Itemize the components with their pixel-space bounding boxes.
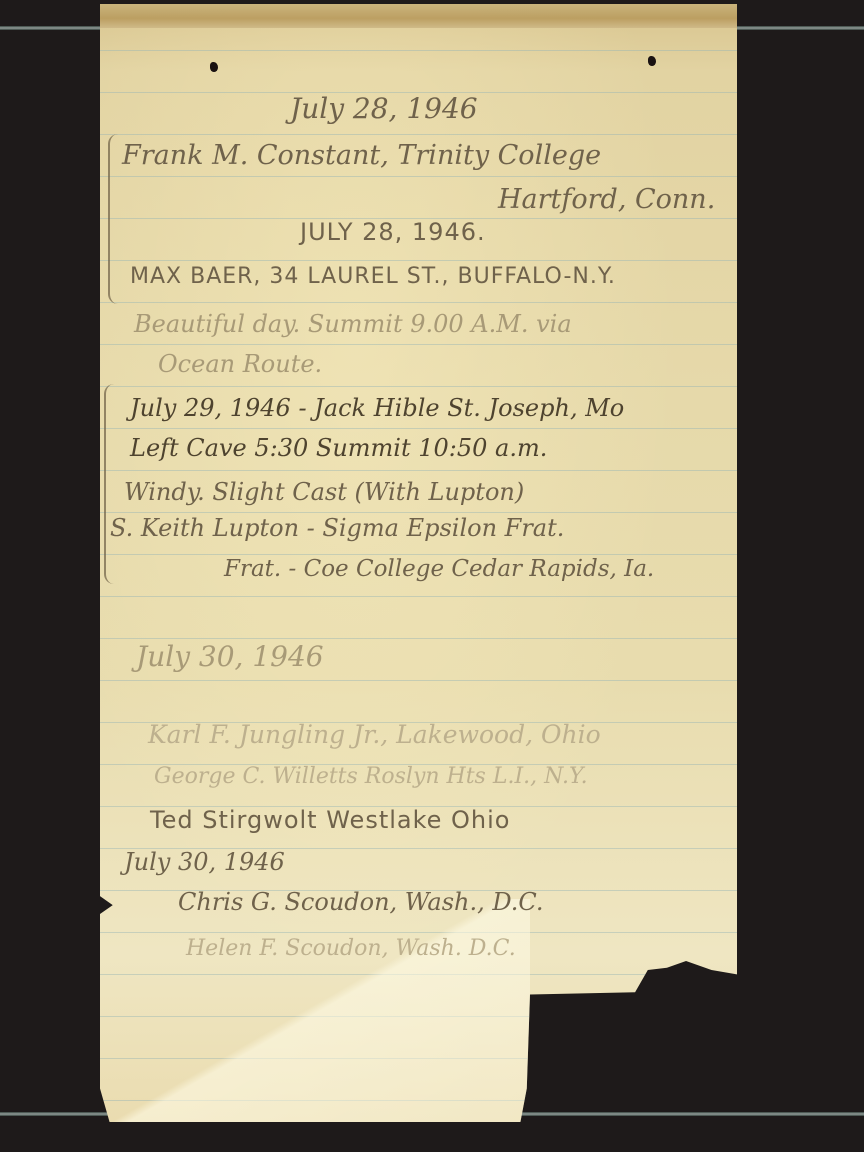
entry-date-3: July 29, 1946 - Jack Hible St. Joseph, M… bbox=[130, 394, 624, 422]
entry-name-2: MAX BAER, 34 LAUREL ST., BUFFALO-N.Y. bbox=[130, 264, 616, 289]
entry-date-8: July 30, 1946 bbox=[124, 848, 285, 876]
entry-date-1: July 28, 1946 bbox=[290, 92, 478, 125]
bracket-2 bbox=[104, 384, 114, 584]
entry-note-2b: Ocean Route. bbox=[158, 350, 322, 378]
entry-note-2a: Beautiful day. Summit 9.00 A.M. via bbox=[134, 310, 572, 338]
entry-name-7: Ted Stirgwolt Westlake Ohio bbox=[150, 806, 511, 834]
pin-hole-left bbox=[210, 62, 218, 72]
entry-date-5: July 30, 1946 bbox=[136, 640, 324, 673]
entry-address-1: Hartford, Conn. bbox=[498, 184, 715, 215]
entry-note-3b: Windy. Slight Cast (With Lupton) bbox=[124, 478, 524, 506]
entry-name-4: S. Keith Lupton - Sigma Epsilon Frat. bbox=[110, 514, 564, 542]
entry-name-8: Chris G. Scoudon, Wash., D.C. bbox=[178, 888, 544, 916]
entry-name-4b: Frat. - Coe College Cedar Rapids, Ia. bbox=[224, 556, 654, 582]
folded-corner bbox=[100, 899, 530, 1129]
entry-name-5: Karl F. Jungling Jr., Lakewood, Ohio bbox=[148, 720, 601, 749]
entry-date-2: JULY 28, 1946. bbox=[300, 218, 486, 246]
entry-name-6: George C. Willetts Roslyn Hts L.I., N.Y. bbox=[154, 764, 588, 789]
entry-name-1: Frank M. Constant, Trinity College bbox=[122, 140, 601, 171]
bracket-1 bbox=[108, 134, 118, 304]
pin-hole-right bbox=[648, 56, 656, 66]
entry-name-9: Helen F. Scoudon, Wash. D.C. bbox=[186, 936, 516, 961]
entry-note-3a: Left Cave 5:30 Summit 10:50 a.m. bbox=[130, 434, 547, 462]
register-page: July 28, 1946 Frank M. Constant, Trinity… bbox=[100, 4, 737, 1122]
